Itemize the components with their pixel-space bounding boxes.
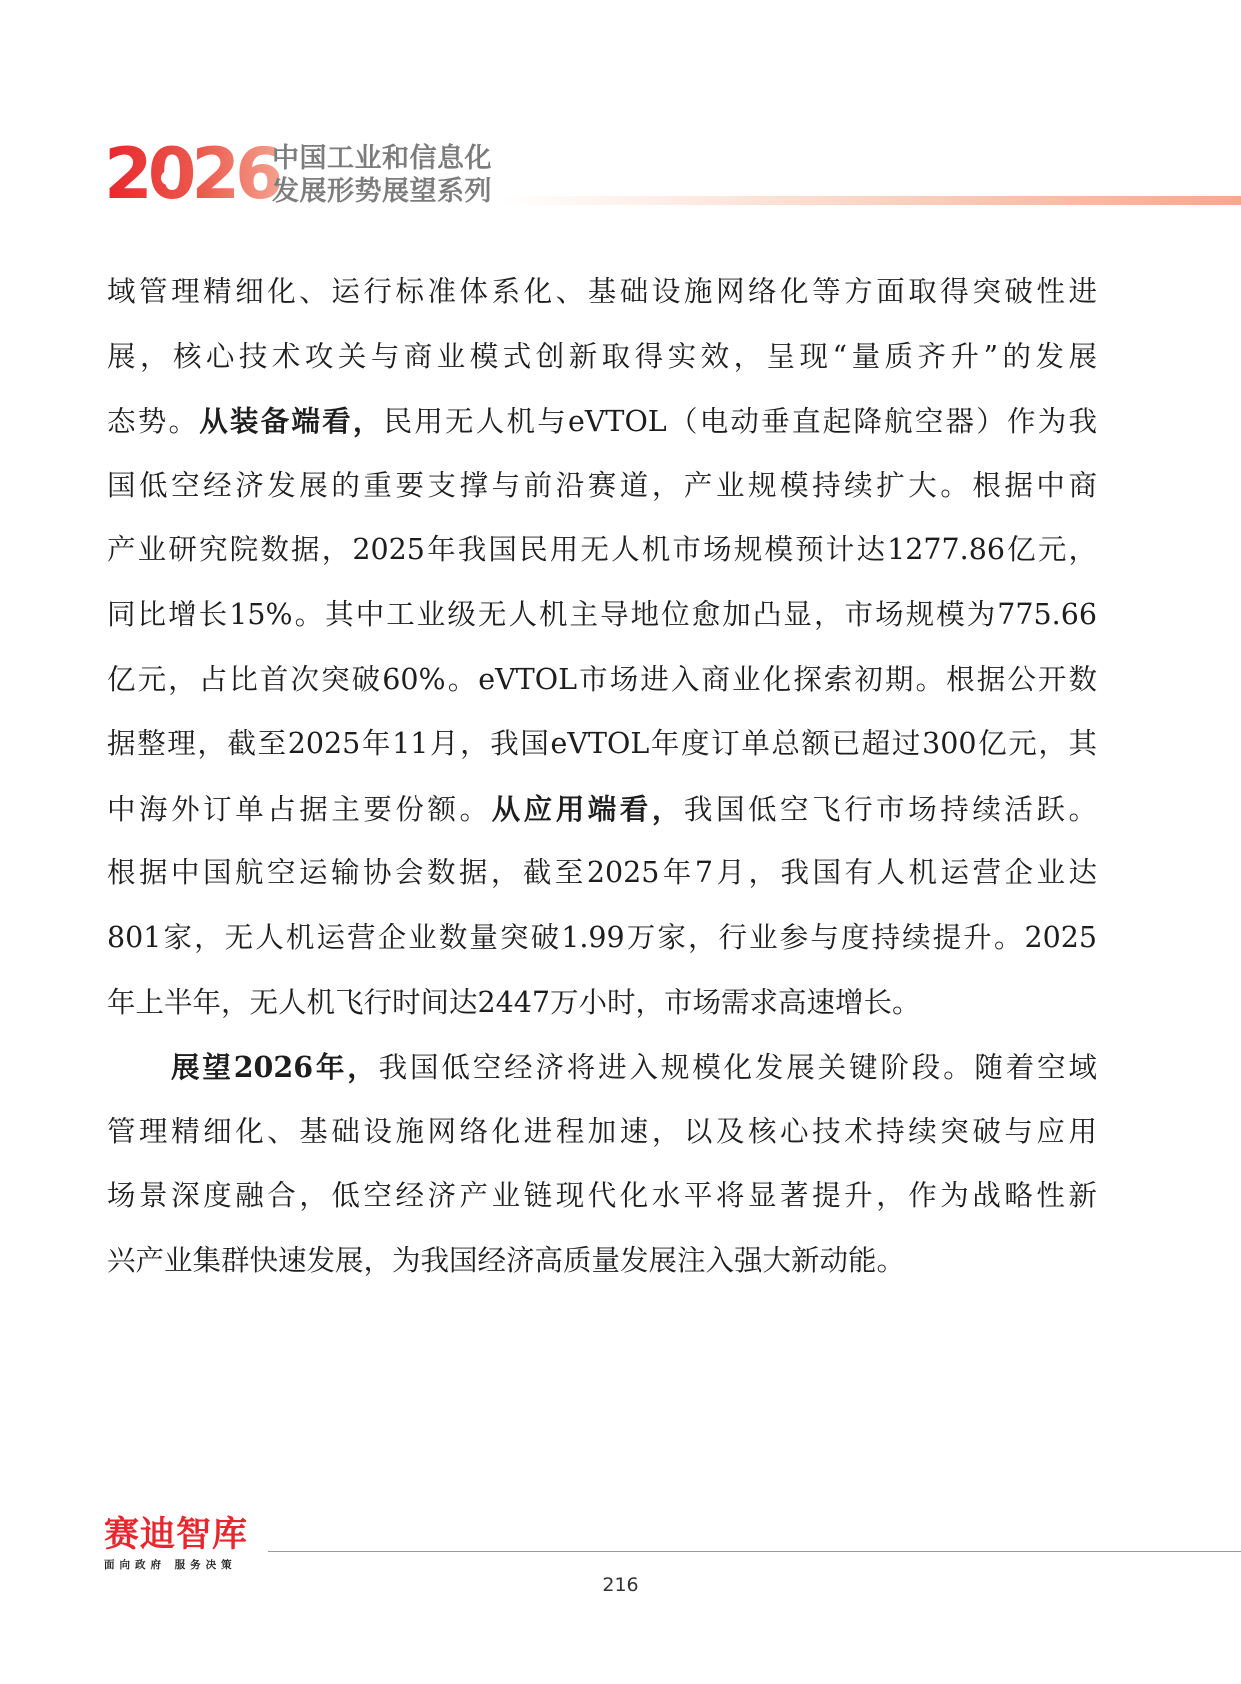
footer-brand-logo: 赛迪智库 面向政府 服务决策	[104, 1514, 248, 1572]
series-title-line1: 中国工业和信息化	[272, 142, 492, 175]
text-segment: 域管理精细化、运行标准体系化、基础设施网络化等方面取得突破性进	[107, 275, 1097, 308]
text-line: 国低空经济发展的重要支撑与前沿赛道，产业规模持续扩大。根据中商	[107, 462, 1097, 527]
text-line: 展，核心技术攻关与商业模式创新取得实效，呈现“量质齐升”的发展	[107, 333, 1097, 398]
text-segment: 国低空经济发展的重要支撑与前沿赛道，产业规模持续扩大。根据中商	[107, 469, 1097, 502]
text-line: 场景深度融合，低空经济产业链现代化水平将显著提升，作为战略性新	[107, 1172, 1097, 1237]
text-line: 中海外订单占据主要份额。从应用端看，我国低空飞行市场持续活跃。	[107, 785, 1097, 850]
text-segment: 产业研究院数据，2025年我国民用无人机市场规模预计达1277.86亿元，	[107, 533, 1097, 566]
text-line: 管理精细化、基础设施网络化进程加速，以及核心技术持续突破与应用	[107, 1108, 1097, 1173]
text-line: 产业研究院数据，2025年我国民用无人机市场规模预计达1277.86亿元，	[107, 526, 1097, 591]
text-line: 域管理精细化、运行标准体系化、基础设施网络化等方面取得突破性进	[107, 268, 1097, 333]
series-title-line2: 发展形势展望系列	[272, 175, 492, 208]
text-segment: 年上半年，无人机飞行时间达2447万小时，市场需求高速增长。	[107, 986, 921, 1019]
bold-lead-phrase: 从装备端看，	[199, 404, 383, 438]
text-segment: 中海外订单占据主要份额。	[107, 793, 492, 826]
text-segment: 民用无人机与eVTOL（电动垂直起降航空器）作为我	[384, 405, 1097, 438]
text-segment: 根据中国航空运输协会数据，截至2025年7月，我国有人机运营企业达	[107, 856, 1097, 889]
brand-slogan: 面向政府 服务决策	[104, 1557, 248, 1572]
text-line: 年上半年，无人机飞行时间达2447万小时，市场需求高速增长。	[107, 979, 1097, 1044]
text-line: 根据中国航空运输协会数据，截至2025年7月，我国有人机运营企业达	[107, 849, 1097, 914]
bold-lead-phrase: 展望2026年，	[171, 1050, 379, 1084]
text-segment: 管理精细化、基础设施网络化进程加速，以及核心技术持续突破与应用	[107, 1115, 1097, 1148]
text-segment: 场景深度融合，低空经济产业链现代化水平将显著提升，作为战略性新	[107, 1179, 1097, 1212]
text-segment: 展，核心技术攻关与商业模式创新取得实效，呈现“量质齐升”的发展	[107, 340, 1097, 373]
text-segment: 我国低空经济将进入规模化发展关键阶段。随着空域	[379, 1051, 1097, 1084]
text-segment: 801家，无人机运营企业数量突破1.99万家，行业参与度持续提升。2025	[107, 921, 1097, 954]
body-text: 域管理精细化、运行标准体系化、基础设施网络化等方面取得突破性进展，核心技术攻关与…	[107, 268, 1097, 1302]
text-line: 兴产业集群快速发展，为我国经济高质量发展注入强大新动能。	[107, 1237, 1097, 1302]
page-number: 216	[0, 1574, 1241, 1596]
text-line: 据整理，截至2025年11月，我国eVTOL年度订单总额已超过300亿元，其	[107, 720, 1097, 785]
brand-name: 赛迪智库	[104, 1514, 248, 1556]
text-segment: 亿元，占比首次突破60%。eVTOL市场进入商业化探索初期。根据公开数	[107, 663, 1097, 696]
text-segment: 我国低空飞行市场持续活跃。	[684, 793, 1097, 826]
footer-divider	[268, 1551, 1241, 1552]
text-line: 态势。从装备端看，民用无人机与eVTOL（电动垂直起降航空器）作为我	[107, 397, 1097, 462]
bold-lead-phrase: 从应用端看，	[492, 792, 684, 826]
text-segment: 同比增长15%。其中工业级无人机主导地位愈加凸显，市场规模为775.66	[107, 598, 1097, 631]
series-year-logo: 2026	[104, 138, 259, 210]
text-segment: 态势。	[107, 405, 199, 438]
series-title: 中国工业和信息化 发展形势展望系列	[272, 142, 492, 208]
text-line: 同比增长15%。其中工业级无人机主导地位愈加凸显，市场规模为775.66	[107, 591, 1097, 656]
text-line: 亿元，占比首次突破60%。eVTOL市场进入商业化探索初期。根据公开数	[107, 656, 1097, 721]
year-logo-text: 2026	[104, 138, 279, 210]
text-segment: 据整理，截至2025年11月，我国eVTOL年度订单总额已超过300亿元，其	[107, 727, 1097, 760]
header-gradient-bar	[500, 196, 1241, 205]
text-line: 展望2026年，我国低空经济将进入规模化发展关键阶段。随着空域	[107, 1043, 1097, 1108]
gear-icon	[146, 148, 186, 200]
text-segment: 兴产业集群快速发展，为我国经济高质量发展注入强大新动能。	[107, 1244, 905, 1277]
text-line: 801家，无人机运营企业数量突破1.99万家，行业参与度持续提升。2025	[107, 914, 1097, 979]
